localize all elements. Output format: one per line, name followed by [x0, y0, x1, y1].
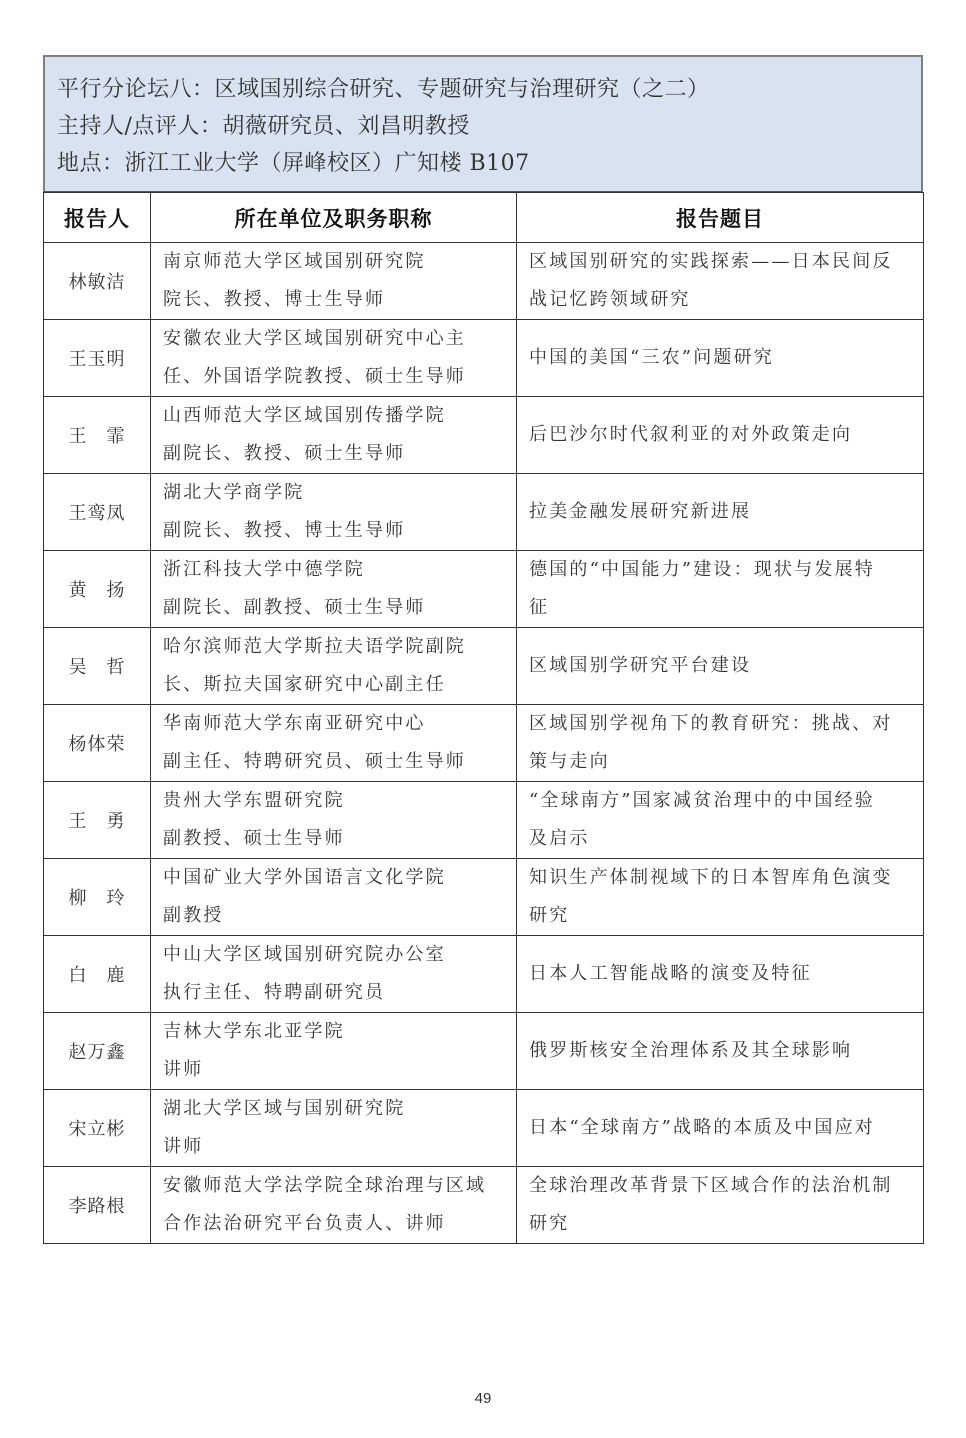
- topic-line: 拉美金融发展研究新进展: [529, 493, 913, 531]
- topic-line: 知识生产体制视域下的日本智库角色演变: [529, 859, 913, 897]
- speaker-name: 王鸾凤: [44, 474, 151, 551]
- speaker-affiliation: 华南师范大学东南亚研究中心副主任、特聘研究员、硕士生导师: [151, 705, 517, 782]
- affiliation-line: 安徽农业大学区域国别研究中心主: [163, 320, 506, 358]
- topic-line: 及启示: [529, 820, 913, 858]
- report-topic: 全球治理改革背景下区域合作的法治机制研究: [517, 1167, 924, 1244]
- affiliation-line: 长、斯拉夫国家研究中心副主任: [163, 666, 506, 704]
- topic-line: 研究: [529, 897, 913, 935]
- table-body: 林敏洁南京师范大学区域国别研究院院长、教授、博士生导师区域国别研究的实践探索——…: [44, 243, 924, 1244]
- column-header-topic: 报告题目: [517, 193, 924, 243]
- topic-line: 区域国别学研究平台建设: [529, 647, 913, 685]
- report-topic: 日本“全球南方”战略的本质及中国应对: [517, 1090, 924, 1167]
- affiliation-line: 副院长、教授、硕士生导师: [163, 435, 506, 473]
- affiliation-line: 贵州大学东盟研究院: [163, 782, 506, 820]
- topic-line: 策与走向: [529, 743, 913, 781]
- speaker-affiliation: 湖北大学区域与国别研究院讲师: [151, 1090, 517, 1167]
- table-row: 白 鹿中山大学区域国别研究院办公室执行主任、特聘副研究员日本人工智能战略的演变及…: [44, 936, 924, 1013]
- topic-line: 区域国别学视角下的教育研究：挑战、对: [529, 705, 913, 743]
- table-row: 宋立彬湖北大学区域与国别研究院讲师日本“全球南方”战略的本质及中国应对: [44, 1090, 924, 1167]
- speaker-affiliation: 贵州大学东盟研究院副教授、硕士生导师: [151, 782, 517, 859]
- table-header-row: 报告人 所在单位及职务职称 报告题目: [44, 193, 924, 243]
- speaker-name: 宋立彬: [44, 1090, 151, 1167]
- affiliation-line: 哈尔滨师范大学斯拉夫语学院副院: [163, 628, 506, 666]
- document-page: 平行分论坛八：区域国别综合研究、专题研究与治理研究（之二） 主持人/点评人：胡薇…: [43, 55, 923, 1244]
- speaker-affiliation: 哈尔滨师范大学斯拉夫语学院副院长、斯拉夫国家研究中心副主任: [151, 628, 517, 705]
- page-number: 49: [0, 1390, 966, 1407]
- topic-line: 征: [529, 589, 913, 627]
- affiliation-line: 副教授、硕士生导师: [163, 820, 506, 858]
- table-row: 黄 扬浙江科技大学中德学院副院长、副教授、硕士生导师德国的“中国能力”建设：现状…: [44, 551, 924, 628]
- speaker-affiliation: 湖北大学商学院副院长、教授、博士生导师: [151, 474, 517, 551]
- table-row: 吴 哲哈尔滨师范大学斯拉夫语学院副院长、斯拉夫国家研究中心副主任区域国别学研究平…: [44, 628, 924, 705]
- table-row: 王 勇贵州大学东盟研究院副教授、硕士生导师“全球南方”国家减贫治理中的中国经验及…: [44, 782, 924, 859]
- topic-line: 战记忆跨领域研究: [529, 281, 913, 319]
- topic-line: 全球治理改革背景下区域合作的法治机制: [529, 1167, 913, 1205]
- affiliation-line: 山西师范大学区域国别传播学院: [163, 397, 506, 435]
- affiliation-line: 副主任、特聘研究员、硕士生导师: [163, 743, 506, 781]
- speaker-name: 杨体荣: [44, 705, 151, 782]
- report-topic: 德国的“中国能力”建设：现状与发展特征: [517, 551, 924, 628]
- report-topic: 区域国别学研究平台建设: [517, 628, 924, 705]
- report-topic: “全球南方”国家减贫治理中的中国经验及启示: [517, 782, 924, 859]
- speaker-name: 黄 扬: [44, 551, 151, 628]
- topic-line: 研究: [529, 1205, 913, 1243]
- column-header-affiliation: 所在单位及职务职称: [151, 193, 517, 243]
- report-topic: 区域国别研究的实践探索——日本民间反战记忆跨领域研究: [517, 243, 924, 320]
- speaker-affiliation: 中国矿业大学外国语言文化学院副教授: [151, 859, 517, 936]
- report-topic: 日本人工智能战略的演变及特征: [517, 936, 924, 1013]
- topic-line: 日本人工智能战略的演变及特征: [529, 955, 913, 993]
- affiliation-line: 院长、教授、博士生导师: [163, 281, 506, 319]
- affiliation-line: 任、外国语学院教授、硕士生导师: [163, 358, 506, 396]
- speaker-name: 林敏洁: [44, 243, 151, 320]
- forum-location: 地点：浙江工业大学（屏峰校区）广知楼 B107: [57, 145, 909, 182]
- table-row: 王鸾凤湖北大学商学院副院长、教授、博士生导师拉美金融发展研究新进展: [44, 474, 924, 551]
- speaker-name: 柳 玲: [44, 859, 151, 936]
- speaker-affiliation: 中山大学区域国别研究院办公室执行主任、特聘副研究员: [151, 936, 517, 1013]
- affiliation-line: 湖北大学区域与国别研究院: [163, 1090, 506, 1128]
- affiliation-line: 南京师范大学区域国别研究院: [163, 243, 506, 281]
- report-topic: 俄罗斯核安全治理体系及其全球影响: [517, 1013, 924, 1090]
- table-row: 林敏洁南京师范大学区域国别研究院院长、教授、博士生导师区域国别研究的实践探索——…: [44, 243, 924, 320]
- affiliation-line: 浙江科技大学中德学院: [163, 551, 506, 589]
- speaker-affiliation: 安徽师范大学法学院全球治理与区域合作法治研究平台负责人、讲师: [151, 1167, 517, 1244]
- table-row: 赵万鑫吉林大学东北亚学院讲师俄罗斯核安全治理体系及其全球影响: [44, 1013, 924, 1090]
- topic-line: 区域国别研究的实践探索——日本民间反: [529, 243, 913, 281]
- affiliation-line: 中国矿业大学外国语言文化学院: [163, 859, 506, 897]
- topic-line: 中国的美国“三农”问题研究: [529, 339, 913, 377]
- table-row: 柳 玲中国矿业大学外国语言文化学院副教授知识生产体制视域下的日本智库角色演变研究: [44, 859, 924, 936]
- forum-hosts: 主持人/点评人：胡薇研究员、刘昌明教授: [57, 108, 909, 145]
- forum-info-panel: 平行分论坛八：区域国别综合研究、专题研究与治理研究（之二） 主持人/点评人：胡薇…: [43, 55, 923, 192]
- speaker-name: 王 霏: [44, 397, 151, 474]
- topic-line: 日本“全球南方”战略的本质及中国应对: [529, 1109, 913, 1147]
- speaker-name: 赵万鑫: [44, 1013, 151, 1090]
- report-topic: 后巴沙尔时代叙利亚的对外政策走向: [517, 397, 924, 474]
- speaker-name: 王 勇: [44, 782, 151, 859]
- affiliation-line: 执行主任、特聘副研究员: [163, 974, 506, 1012]
- speaker-affiliation: 安徽农业大学区域国别研究中心主任、外国语学院教授、硕士生导师: [151, 320, 517, 397]
- table-row: 杨体荣华南师范大学东南亚研究中心副主任、特聘研究员、硕士生导师区域国别学视角下的…: [44, 705, 924, 782]
- column-header-speaker: 报告人: [44, 193, 151, 243]
- affiliation-line: 吉林大学东北亚学院: [163, 1013, 506, 1051]
- topic-line: 德国的“中国能力”建设：现状与发展特: [529, 551, 913, 589]
- speaker-affiliation: 南京师范大学区域国别研究院院长、教授、博士生导师: [151, 243, 517, 320]
- affiliation-line: 副院长、教授、博士生导师: [163, 512, 506, 550]
- speaker-table: 报告人 所在单位及职务职称 报告题目 林敏洁南京师范大学区域国别研究院院长、教授…: [43, 192, 924, 1244]
- report-topic: 知识生产体制视域下的日本智库角色演变研究: [517, 859, 924, 936]
- table-row: 李路根安徽师范大学法学院全球治理与区域合作法治研究平台负责人、讲师全球治理改革背…: [44, 1167, 924, 1244]
- forum-title: 平行分论坛八：区域国别综合研究、专题研究与治理研究（之二）: [57, 71, 909, 108]
- table-row: 王 霏山西师范大学区域国别传播学院副院长、教授、硕士生导师后巴沙尔时代叙利亚的对…: [44, 397, 924, 474]
- topic-line: 俄罗斯核安全治理体系及其全球影响: [529, 1032, 913, 1070]
- topic-line: “全球南方”国家减贫治理中的中国经验: [529, 782, 913, 820]
- speaker-name: 李路根: [44, 1167, 151, 1244]
- affiliation-line: 中山大学区域国别研究院办公室: [163, 936, 506, 974]
- report-topic: 中国的美国“三农”问题研究: [517, 320, 924, 397]
- speaker-affiliation: 山西师范大学区域国别传播学院副院长、教授、硕士生导师: [151, 397, 517, 474]
- affiliation-line: 湖北大学商学院: [163, 474, 506, 512]
- report-topic: 区域国别学视角下的教育研究：挑战、对策与走向: [517, 705, 924, 782]
- affiliation-line: 讲师: [163, 1128, 506, 1166]
- table-row: 王玉明安徽农业大学区域国别研究中心主任、外国语学院教授、硕士生导师中国的美国“三…: [44, 320, 924, 397]
- speaker-affiliation: 吉林大学东北亚学院讲师: [151, 1013, 517, 1090]
- affiliation-line: 副院长、副教授、硕士生导师: [163, 589, 506, 627]
- affiliation-line: 讲师: [163, 1051, 506, 1089]
- speaker-name: 吴 哲: [44, 628, 151, 705]
- speaker-name: 王玉明: [44, 320, 151, 397]
- affiliation-line: 合作法治研究平台负责人、讲师: [163, 1205, 506, 1243]
- report-topic: 拉美金融发展研究新进展: [517, 474, 924, 551]
- speaker-affiliation: 浙江科技大学中德学院副院长、副教授、硕士生导师: [151, 551, 517, 628]
- topic-line: 后巴沙尔时代叙利亚的对外政策走向: [529, 416, 913, 454]
- speaker-name: 白 鹿: [44, 936, 151, 1013]
- affiliation-line: 副教授: [163, 897, 506, 935]
- affiliation-line: 华南师范大学东南亚研究中心: [163, 705, 506, 743]
- affiliation-line: 安徽师范大学法学院全球治理与区域: [163, 1167, 506, 1205]
